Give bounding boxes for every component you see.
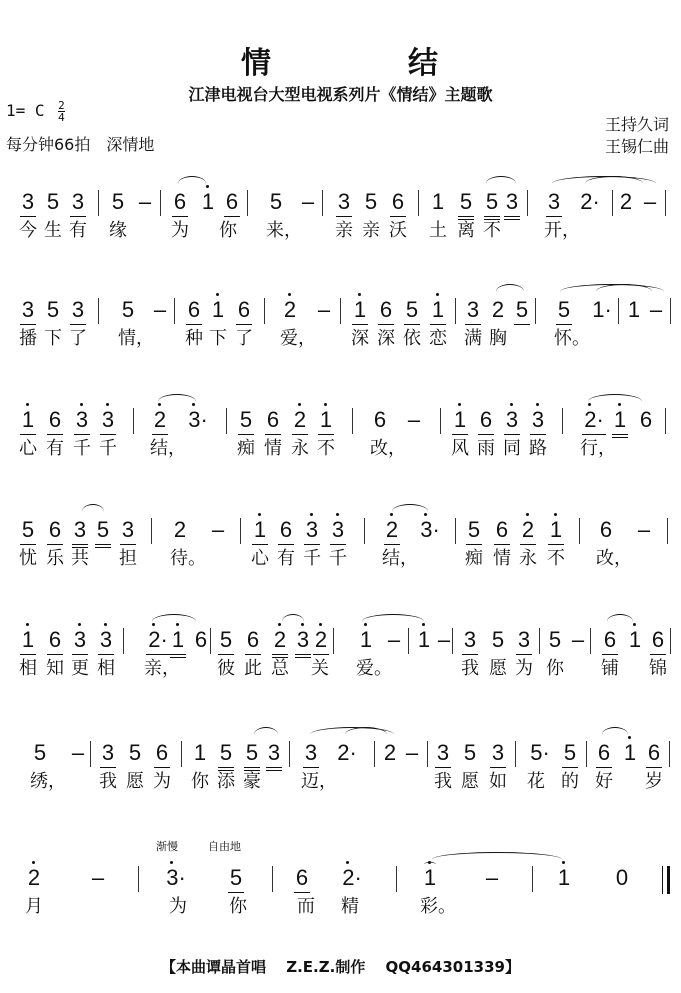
note-value: 1 [22, 627, 34, 652]
note: 3 [304, 518, 320, 542]
underline [318, 434, 334, 435]
note: 1 [170, 628, 186, 652]
slur-arc [496, 284, 524, 299]
underline [650, 654, 666, 655]
barline [289, 741, 290, 767]
underline [313, 654, 329, 655]
note: 1 [612, 408, 628, 432]
note-value: 6 [296, 865, 308, 890]
lyric: 如 [488, 771, 508, 793]
barline [579, 518, 580, 544]
note: 5 [458, 190, 474, 214]
dash: – [316, 298, 332, 322]
lyric: 有 [276, 548, 296, 570]
note-value: 2 [154, 407, 166, 432]
note-value: 5 [230, 865, 242, 890]
dash: – [642, 190, 658, 214]
barline [665, 408, 666, 434]
note-value: 3 [518, 627, 530, 652]
underline [245, 654, 261, 655]
high-octave-dot [358, 293, 361, 296]
lyric: 担 [118, 548, 138, 570]
underline [430, 324, 446, 325]
barline [364, 518, 365, 544]
note: 5 [32, 741, 48, 765]
note-value: 6 [247, 627, 259, 652]
lyric: 心 [18, 438, 38, 460]
note: 5 [462, 741, 478, 765]
barline [240, 518, 241, 544]
note-value: 2 [28, 865, 40, 890]
double-underline [295, 657, 311, 658]
underline [490, 767, 506, 768]
lyric: 结， [382, 548, 418, 570]
note-value: 3 [305, 740, 317, 765]
barline [98, 190, 99, 216]
note: 3 [504, 408, 520, 432]
note: 3 [530, 408, 546, 432]
note: 1 [626, 298, 642, 322]
note: 3 [72, 518, 88, 542]
lyric: 月 [24, 896, 44, 918]
note-value: 5 [22, 517, 34, 542]
expression-marking: 自由地 [208, 838, 241, 854]
final-barline-thin [662, 866, 663, 894]
barline [618, 298, 619, 324]
lyric: 恋 [428, 328, 448, 350]
note: 3 [303, 741, 319, 765]
note-value: 2· [584, 407, 604, 432]
lyric: 愿 [460, 771, 480, 793]
lyric: 雨 [476, 438, 496, 460]
note: 3 [70, 190, 86, 214]
note: 6 [390, 190, 406, 214]
barline [527, 190, 528, 216]
note: 6 [265, 408, 281, 432]
lyric: 心 [250, 548, 270, 570]
lyric: 的 [560, 771, 580, 793]
lyric: 行， [580, 438, 616, 460]
high-octave-dot [78, 623, 81, 626]
lyric: 满 [463, 328, 483, 350]
note-value: – [318, 297, 330, 322]
footer-credit: 【本曲谭晶首唱 Z.E.Z.制作 QQ464301339】 [0, 956, 681, 977]
note-value: 3 [437, 740, 449, 765]
note-value: 3· [188, 407, 208, 432]
underline [20, 324, 36, 325]
lyric: 愿 [488, 658, 508, 680]
note-value: 5 [365, 189, 377, 214]
underline [244, 767, 260, 768]
note: 3 [336, 190, 352, 214]
note: 1 [20, 628, 36, 652]
barline [418, 190, 419, 216]
lyric: 怀。 [554, 328, 590, 350]
note: 5 [556, 298, 572, 322]
note-value: – [638, 517, 650, 542]
underline [546, 216, 562, 217]
note: 6 [602, 628, 618, 652]
underline [47, 434, 63, 435]
lyric: 相 [96, 658, 116, 680]
lyric: 情 [492, 548, 512, 570]
high-octave-dot [458, 403, 461, 406]
note: 3 [20, 298, 36, 322]
lyric: 豪 [242, 771, 262, 793]
underline [390, 216, 406, 217]
underline [186, 324, 202, 325]
note-value: 6 [604, 627, 616, 652]
slur-arc [345, 727, 387, 742]
dash: – [386, 628, 402, 652]
lyric: 风 [450, 438, 470, 460]
underline [466, 544, 482, 545]
underline [72, 654, 88, 655]
note-value: 3· [166, 865, 186, 890]
lyric: 更 [70, 658, 90, 680]
underline [252, 544, 268, 545]
note: 6 [172, 190, 188, 214]
note: 6 [278, 518, 294, 542]
lyric: 忧 [18, 548, 38, 570]
note-value: 6 [195, 627, 207, 652]
note: 1 [622, 741, 638, 765]
note: 6 [650, 628, 666, 652]
note: 3 [100, 741, 116, 765]
underline [154, 767, 170, 768]
underline [548, 544, 564, 545]
barline [333, 628, 334, 654]
note: 3 [74, 408, 90, 432]
note: 2 [26, 866, 42, 890]
underline [228, 892, 244, 893]
note-value: 6 [156, 740, 168, 765]
note: 2· [582, 408, 606, 432]
lyric: 下 [208, 328, 228, 350]
barline [181, 741, 182, 767]
underline [582, 434, 606, 435]
barline [408, 628, 409, 654]
barline [612, 190, 613, 216]
double-underline [504, 219, 520, 220]
lyric: 依 [402, 328, 422, 350]
note: 2· [578, 190, 602, 214]
note-value: 3 [102, 740, 114, 765]
note: 6 [186, 298, 202, 322]
note: 1 [200, 190, 216, 214]
note: 6 [245, 628, 261, 652]
slur-arc [432, 852, 562, 867]
high-octave-dot [26, 623, 29, 626]
slur-arc [254, 727, 278, 742]
note: 6 [224, 190, 240, 214]
barline [374, 741, 375, 767]
note-value: 2 [315, 627, 327, 652]
lyric: 铺 [600, 658, 620, 680]
note-value: 2 [386, 517, 398, 542]
note: 2 [152, 408, 168, 432]
underline [20, 654, 36, 655]
note-value: 1 [550, 517, 562, 542]
note: 5 [218, 628, 234, 652]
note: 3 [504, 190, 520, 214]
notes-row: 563532–163323·56216– [0, 510, 681, 544]
note: 6 [378, 298, 394, 322]
lyric: 相 [18, 658, 38, 680]
note-value: 2 [284, 297, 296, 322]
note: 1 [430, 190, 446, 214]
note-value: 6 [267, 407, 279, 432]
note-value: 5 [129, 740, 141, 765]
barline [427, 741, 428, 767]
note-value: 1 [212, 297, 224, 322]
lyric: 千 [72, 438, 92, 460]
high-octave-dot [278, 623, 281, 626]
underline [278, 544, 294, 545]
note: 6 [598, 518, 614, 542]
underline [556, 324, 572, 325]
note-value: 3 [76, 407, 88, 432]
note: 1 [252, 518, 268, 542]
note-value: 6 [380, 297, 392, 322]
lyric: 了 [68, 328, 88, 350]
notes-row: 163323·56216–16332·16 [0, 400, 681, 434]
lyric: 锦 [648, 658, 668, 680]
lyric: 我 [433, 771, 453, 793]
double-underline [95, 547, 111, 548]
note: 5 [490, 628, 506, 652]
underline [452, 434, 468, 435]
note: 2· [340, 866, 364, 890]
underline [265, 434, 281, 435]
underline [120, 544, 136, 545]
note-value: 5 [516, 297, 528, 322]
slur-arc [82, 504, 104, 519]
note-value: 6 [640, 407, 652, 432]
note: 2 [384, 518, 400, 542]
note-value: 6 [648, 740, 660, 765]
high-octave-dot [319, 623, 322, 626]
lyric: 不 [546, 548, 566, 570]
note-value: 5 [564, 740, 576, 765]
note: 6 [294, 866, 310, 890]
barline [665, 190, 666, 216]
note-value: 5 [34, 740, 46, 765]
note-value: 6 [496, 517, 508, 542]
note: 5 [110, 190, 126, 214]
note-value: 6 [392, 189, 404, 214]
note: 3 [20, 190, 36, 214]
note: 2 [618, 190, 634, 214]
note: 5 [45, 298, 61, 322]
note: 2 [490, 298, 506, 322]
barline [174, 298, 175, 324]
lyric: 痴 [464, 548, 484, 570]
underline [530, 434, 546, 435]
score-line-4: 563532–163323·56216–忧乐共担待。心有千千结，痴情永不改， [0, 510, 681, 590]
note: 5· [528, 741, 552, 765]
lyric: 岁 [644, 771, 664, 793]
lyric: 花 [526, 771, 546, 793]
slur-arc [158, 394, 196, 409]
underline [336, 216, 352, 217]
note: 3 [120, 518, 136, 542]
note-value: 2 [620, 189, 632, 214]
notes-row: 2–3·562·1⌒–10渐慢自由地 [0, 858, 681, 892]
underline [20, 434, 36, 435]
note-value: 5 [460, 189, 472, 214]
note-value: 5 [468, 517, 480, 542]
underline [304, 544, 320, 545]
high-octave-dot [526, 513, 529, 516]
underline [596, 767, 612, 768]
dash: – [570, 628, 586, 652]
note-value: – [139, 189, 151, 214]
lyric: 共 [70, 548, 90, 570]
high-octave-dot [80, 403, 83, 406]
lyricist-credit: 王持久词 [605, 112, 669, 135]
barline [90, 741, 91, 767]
underline [95, 544, 111, 545]
note: 6 [646, 741, 662, 765]
note-value: 5 [486, 189, 498, 214]
underline [562, 767, 578, 768]
note: 5 [268, 190, 284, 214]
note: 1 [416, 628, 432, 652]
lyric: 我 [460, 658, 480, 680]
barline [455, 298, 456, 324]
dash: – [484, 866, 500, 890]
high-octave-dot [258, 513, 261, 516]
lyric: 我 [98, 771, 118, 793]
lyric: 播 [18, 328, 38, 350]
note: 2 [382, 741, 398, 765]
barline [98, 298, 99, 324]
high-octave-dot [536, 403, 539, 406]
note-value: 6 [600, 517, 612, 542]
note: 3 [100, 408, 116, 432]
note-value: 6 [374, 407, 386, 432]
barline [535, 298, 536, 324]
note: 6 [638, 408, 654, 432]
note-value: 5 [492, 627, 504, 652]
note-value: – [644, 189, 656, 214]
note: 5 [514, 298, 530, 322]
note: 6 [47, 628, 63, 652]
underline [384, 544, 400, 545]
note-value: 5· [530, 740, 550, 765]
slur-arc [585, 176, 643, 191]
high-octave-dot [310, 513, 313, 516]
note-value: – [72, 740, 84, 765]
note-value: 6 [49, 407, 61, 432]
note-value: 6 [280, 517, 292, 542]
note-value: – [212, 517, 224, 542]
lyric: 有 [45, 438, 65, 460]
lyric: 爱， [280, 328, 316, 350]
lyric: 永 [290, 438, 310, 460]
high-octave-dot [336, 513, 339, 516]
score-line-6: 5–356155332·2–3535·5616绣，我愿为你添豪迈，我愿如花的好岁 [0, 733, 681, 813]
note-value: 3 [297, 627, 309, 652]
note-value: 6 [652, 627, 664, 652]
note-value: – [92, 865, 104, 890]
note-value: 6 [598, 740, 610, 765]
barline [539, 628, 540, 654]
note-value: 2· [148, 627, 168, 652]
note-value: 5 [220, 740, 232, 765]
note-value: 6 [49, 627, 61, 652]
note: 5 [404, 298, 420, 322]
lyric: 结， [150, 438, 186, 460]
note-value: 0 [616, 865, 628, 890]
note-value: 3 [332, 517, 344, 542]
note: 3 [465, 298, 481, 322]
note: 5 [484, 190, 500, 214]
note-value: 2 [294, 407, 306, 432]
note: 1⌒ [422, 866, 438, 890]
underline [478, 434, 494, 435]
score-line-1: 3535–6165–356155332·2–今生有缘为你来，亲亲沃土离不开， [0, 182, 681, 262]
slur-arc [152, 614, 196, 629]
barline [670, 628, 671, 654]
note-value: 5 [122, 297, 134, 322]
note: 5 [95, 518, 111, 542]
note-value: 3 [338, 189, 350, 214]
title-char-2: 结 [408, 38, 440, 82]
note-value: 2 [492, 297, 504, 322]
tempo-marking: 每分钟66拍 深情地 [6, 132, 154, 155]
lyric: 知 [45, 658, 65, 680]
note-value: 2· [342, 865, 362, 890]
slur-arc [362, 614, 424, 629]
underline [70, 324, 86, 325]
note: 5 [218, 741, 234, 765]
note-value: 1 [194, 740, 206, 765]
lyric: 为 [514, 658, 534, 680]
note-value: 1 [360, 627, 372, 652]
barline [210, 628, 211, 654]
dash: – [300, 190, 316, 214]
lyric: 亲 [361, 220, 381, 242]
barline [138, 866, 139, 892]
underline [465, 324, 481, 325]
high-octave-dot [562, 861, 565, 864]
note-value: 3 [268, 740, 280, 765]
barline [669, 741, 670, 767]
slur-arc [607, 614, 633, 629]
underline [494, 544, 510, 545]
lyric: 痴 [236, 438, 256, 460]
high-octave-dot [170, 861, 173, 864]
underline [70, 216, 86, 217]
lyric: 土 [428, 220, 448, 242]
underline [236, 324, 252, 325]
lyric: 彩。 [420, 896, 456, 918]
lyric: 胸 [488, 328, 508, 350]
lyric: 了 [234, 328, 254, 350]
underline [303, 767, 319, 768]
note-value: 6 [238, 297, 250, 322]
barline [352, 408, 353, 434]
note-value: 5 [47, 189, 59, 214]
underline [330, 544, 346, 545]
note: 3 [72, 628, 88, 652]
note-value: – [438, 627, 450, 652]
note-value: 1 [624, 740, 636, 765]
underline [352, 324, 368, 325]
note-value: 6 [188, 297, 200, 322]
